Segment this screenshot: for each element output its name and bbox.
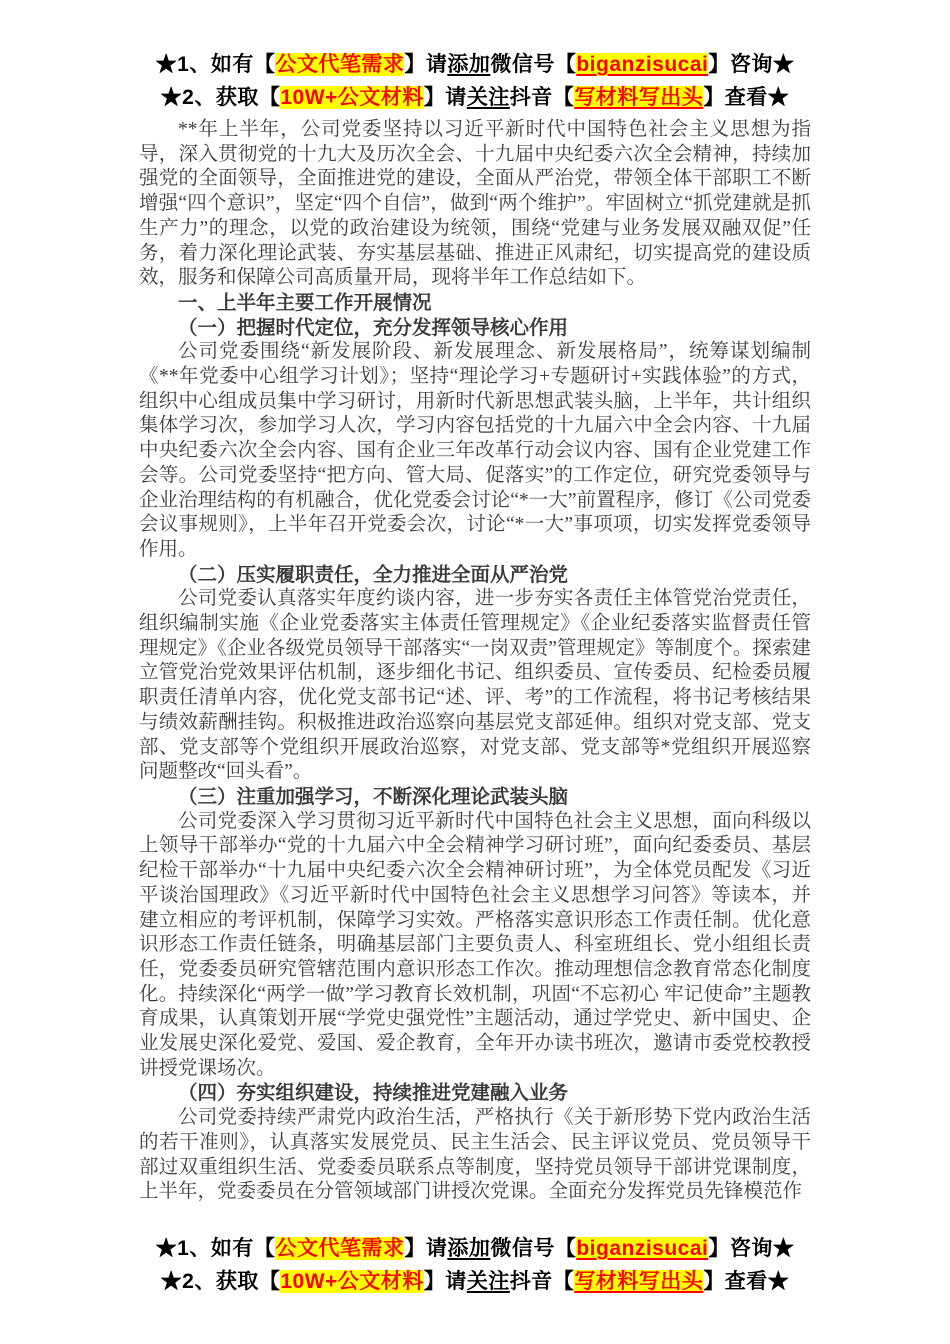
banner-text: 】查看★	[703, 1270, 789, 1293]
paragraph: 公司党委认真落实年度约谈内容，进一步夯实各责任主体管党治党责任，组织编制实施《企…	[139, 587, 811, 785]
banner-text: ★2、获取【	[161, 86, 281, 109]
promo-line: ★2、获取【10W+公文材料】请关注抖音【写材料写出头】查看★	[0, 1265, 950, 1298]
promo-line: ★2、获取【10W+公文材料】请关注抖音【写材料写出头】查看★	[0, 81, 950, 114]
promo-line: ★1、如有【公文代笔需求】请添加微信号【biganzisucai】咨询★	[0, 48, 950, 81]
banner-text: ★2、获取【	[161, 1270, 281, 1293]
paragraph: 公司党委持续严肃党内政治生活，严格执行《关于新形势下党内政治生活的若干准则》，认…	[139, 1106, 811, 1205]
paragraph: 公司党委深入学习贯彻习近平新时代中国特色社会主义思想，面向科级以上领导干部举办“…	[139, 810, 811, 1082]
action-add: 添加	[447, 1237, 490, 1260]
banner-text: ★1、如有【	[156, 1237, 276, 1260]
document-body: **年上半年，公司党委坚持以习近平新时代中国特色社会主义思想为指导，深入贯彻党的…	[139, 118, 811, 1230]
banner-text: 抖音【	[510, 86, 575, 109]
banner-text: 微信号【	[490, 53, 576, 76]
banner-text: 】请	[404, 1237, 447, 1260]
banner-text: 】咨询★	[708, 1237, 794, 1260]
paragraph: 公司党委围绕“新发展阶段、新发展理念、新发展格局”，统筹谋划编制《**年党委中心…	[139, 340, 811, 562]
banner-text: 抖音【	[510, 1270, 575, 1293]
material-keyword: 10W+公文材料	[280, 1270, 423, 1293]
paragraph: **年上半年，公司党委坚持以习近平新时代中国特色社会主义思想为指导，深入贯彻党的…	[139, 118, 811, 291]
banner-text: ★1、如有【	[156, 53, 276, 76]
promo-line: ★1、如有【公文代笔需求】请添加微信号【biganzisucai】咨询★	[0, 1232, 950, 1265]
subsection-heading: （一）把握时代定位，充分发挥领导核心作用	[139, 316, 811, 341]
douyin-account: 写材料写出头	[574, 1270, 703, 1293]
banner-text: 】查看★	[703, 86, 789, 109]
action-add: 添加	[447, 53, 490, 76]
action-follow: 关注	[467, 86, 510, 109]
wechat-id: biganzisucai	[576, 53, 708, 76]
subsection-heading: （二）压实履职责任，全力推进全面从严治党	[139, 563, 811, 588]
wechat-id: biganzisucai	[576, 1237, 708, 1260]
banner-text: 】请	[424, 1270, 467, 1293]
banner-text: 微信号【	[490, 1237, 576, 1260]
material-keyword: 10W+公文材料	[280, 86, 423, 109]
banner-text: 】请	[424, 86, 467, 109]
action-follow: 关注	[467, 1270, 510, 1293]
section-heading: 一、上半年主要工作开展情况	[139, 291, 811, 316]
promo-banner-bottom: ★1、如有【公文代笔需求】请添加微信号【biganzisucai】咨询★★2、获…	[0, 1232, 950, 1298]
document-page: ★1、如有【公文代笔需求】请添加微信号【biganzisucai】咨询★★2、获…	[0, 0, 950, 1344]
subsection-heading: （三）注重加强学习，不断深化理论武装头脑	[139, 785, 811, 810]
banner-text: 】咨询★	[708, 53, 794, 76]
subsection-heading: （四）夯实组织建设，持续推进党建融入业务	[139, 1081, 811, 1106]
service-keyword: 公文代笔需求	[275, 1237, 404, 1260]
banner-text: 】请	[404, 53, 447, 76]
service-keyword: 公文代笔需求	[275, 53, 404, 76]
douyin-account: 写材料写出头	[574, 86, 703, 109]
promo-banner-top: ★1、如有【公文代笔需求】请添加微信号【biganzisucai】咨询★★2、获…	[0, 48, 950, 114]
